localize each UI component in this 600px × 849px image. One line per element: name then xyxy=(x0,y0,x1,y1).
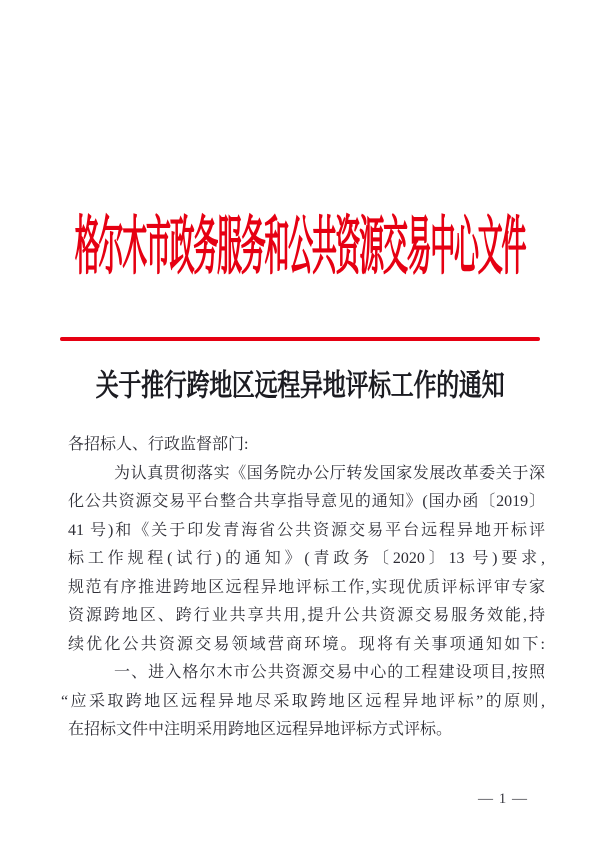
document-page: 格尔木市政务服务和公共资源交易中心文件 关于推行跨地区远程异地评标工作的通知 各… xyxy=(0,0,600,849)
body-line: 为认真贯彻落实《国务院办公厅转发国家发展改革委关于深 xyxy=(68,460,545,489)
body-line: 标工作规程(试行)的通知》(青政务〔2020〕13 号)要求, xyxy=(68,545,545,574)
body-text: 各招标人、行政监督部门:为认真贯彻落实《国务院办公厅转发国家发展改革委关于深化公… xyxy=(68,431,545,745)
letterhead: 格尔木市政务服务和公共资源交易中心文件 xyxy=(0,217,600,242)
letterhead-title: 格尔木市政务服务和公共资源交易中心文件 xyxy=(75,217,525,281)
body-line: 各招标人、行政监督部门: xyxy=(68,431,545,460)
body-line: 续优化公共资源交易领域营商环境。现将有关事项通知如下: xyxy=(68,631,545,660)
body-line: 规范有序推进跨地区远程异地评标工作,实现优质评标评审专家 xyxy=(68,574,545,603)
document-title: 关于推行跨地区远程异地评标工作的通知 xyxy=(96,371,505,401)
body-line: 资源跨地区、跨行业共享共用,提升公共资源交易服务效能,持 xyxy=(68,602,545,631)
document-title-wrap: 关于推行跨地区远程异地评标工作的通知 xyxy=(0,371,600,395)
body-line: 化公共资源交易平台整合共享指导意见的通知》(国办函〔2019〕 xyxy=(68,488,545,517)
body-line: 一、进入格尔木市公共资源交易中心的工程建设项目,按照 xyxy=(68,659,545,688)
page-number: — 1 — xyxy=(453,791,553,808)
body-line: “应采取跨地区远程异地尽采取跨地区远程异地评标”的原则, xyxy=(61,688,545,717)
body-line: 41 号)和《关于印发青海省公共资源交易平台远程异地开标评 xyxy=(68,517,545,546)
red-divider-line xyxy=(60,337,540,341)
body-line: 在招标文件中注明采用跨地区远程异地评标方式评标。 xyxy=(68,716,545,745)
